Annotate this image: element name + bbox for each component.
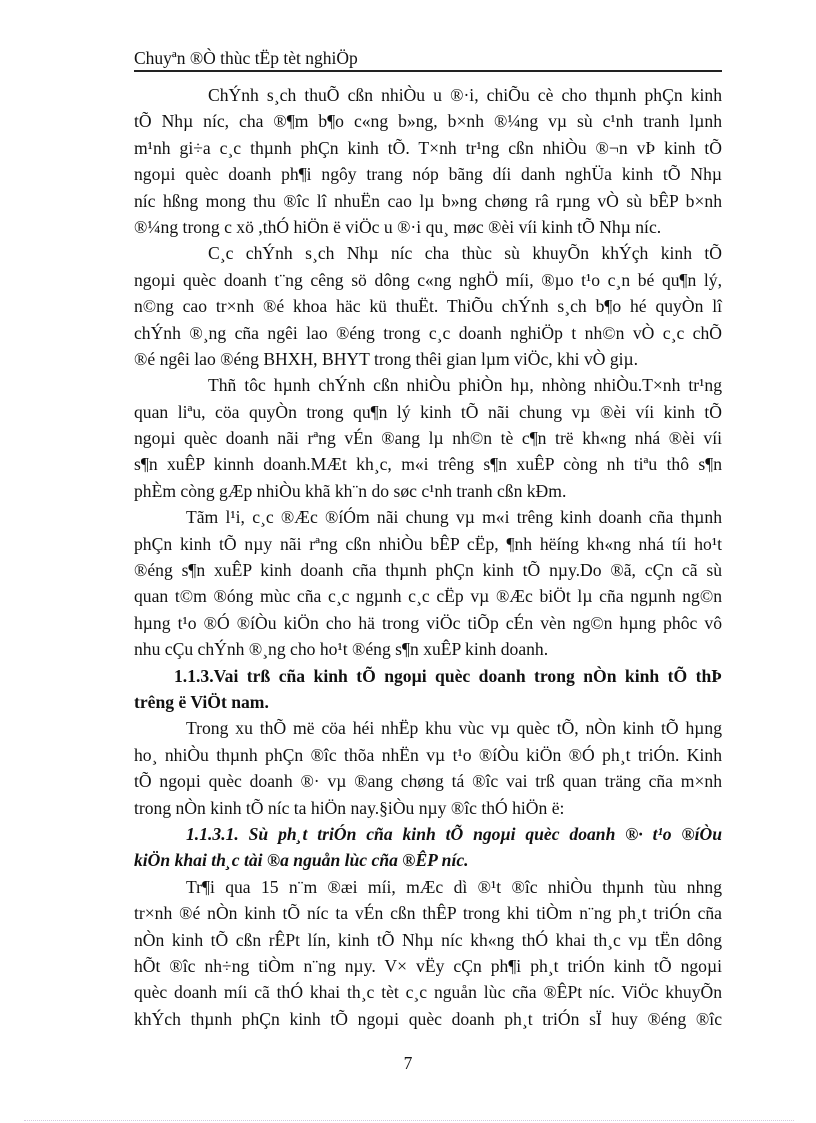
paragraph: ChÝnh s¸ch thuÕ cßn nhiÒu u ®·i, chiÕu c… [134, 82, 722, 240]
page-break-divider [24, 1120, 794, 1121]
text-line: ®é ngêi lao ®éng BHXH, BHYT trong thêi g… [134, 346, 722, 372]
running-header-title: Chuyªn ®Ò thùc tËp tèt nghiÖp [134, 48, 358, 68]
text-line: nÒn kinh tÕ cßn rÊPt lín, kinh tÕ Nhµ ní… [134, 927, 722, 953]
text-line: ngoµi quèc doanh t¨ng cêng sö dông c«ng … [134, 267, 722, 293]
page-number: 7 [0, 1053, 816, 1074]
text-line: chÝnh ®¸ng cña ngêi lao ®éng trong c¸c d… [134, 320, 722, 346]
text-line: khÝch thµnh phÇn kinh tÕ ngoµi quèc doan… [134, 1006, 722, 1032]
text-line: phÈm còng gÆp nhiÒu khã kh¨n do søc c¹nh… [134, 478, 722, 504]
text-line: trong nÒn kinh tÕ níc ta hiÖn nay.§iÒu n… [134, 795, 722, 821]
text-line: s¶n xuÊP kinnh doanh.MÆt kh¸c, m«i trêng… [134, 451, 722, 477]
paragraph: Trong xu thÕ më cöa héi nhËp khu vùc vµ … [134, 715, 722, 821]
text-line: Tr¶i qua 15 n¨m ®æi míi, mÆc dì ®¹t ®îc … [134, 874, 722, 900]
body-text: ChÝnh s¸ch thuÕ cßn nhiÒu u ®·i, chiÕu c… [134, 82, 722, 1032]
heading-line: kiÖn khai th¸c tài ®a nguån lùc cña ®ÊP … [134, 847, 722, 873]
text-line: ChÝnh s¸ch thuÕ cßn nhiÒu u ®·i, chiÕu c… [134, 82, 722, 108]
text-line: ho¸ nhiÒu thµnh phÇn ®îc thõa nhËn vµ t¹… [134, 742, 722, 768]
heading-line: trêng ë ViÖt nam. [134, 689, 722, 715]
document-page: Chuyªn ®Ò thùc tËp tèt nghiÖp ChÝnh s¸ch… [0, 0, 816, 1123]
text-line: quèc doanh míi cã thÓ khai th¸c tèt c¸c … [134, 979, 722, 1005]
text-line: ngoµi quèc doanh nãi rªng vÉn ®ang lµ nh… [134, 425, 722, 451]
text-line: quan t©m ®óng mùc cña c¸c ngµnh c¸c cËp … [134, 583, 722, 609]
text-line: Trong xu thÕ më cöa héi nhËp khu vùc vµ … [134, 715, 722, 741]
text-line: ®¼ng trong c xö ,thÓ hiÖn ë viÖc u ®·i q… [134, 214, 722, 240]
text-line: níc hßng mong thu ®îc lî nhuËn cao lµ b»… [134, 188, 722, 214]
text-line: tÕ Nhµ níc, cha ®¶m b¶o c«ng b»ng, b×nh … [134, 108, 722, 134]
paragraph: Tãm l¹i, c¸c ®Æc ®íÓm nãi chung vµ m«i t… [134, 504, 722, 662]
text-line: tr×nh ®é nÒn kinh tÕ níc ta vÉn cßn thÊP… [134, 900, 722, 926]
text-line: C¸c chÝnh s¸ch Nhµ níc cha thùc sù khuyÕ… [134, 240, 722, 266]
heading-line: 1.1.3.1. Sù ph¸t triÓn cña kinh tÕ ngoµi… [134, 821, 722, 847]
text-line: ngoµi quèc doanh ph¶i ngôy trang nóp bãn… [134, 161, 722, 187]
text-line: n©ng cao tr×nh ®é khoa häc kü thuËt. Thi… [134, 293, 722, 319]
text-line: quan liªu, cöa quyÒn trong qu¶n lý kinh … [134, 399, 722, 425]
text-line: phÇn kinh tÕ nµy nãi rªng cßn nhiÒu bÊP … [134, 531, 722, 557]
paragraph: C¸c chÝnh s¸ch Nhµ níc cha thùc sù khuyÕ… [134, 240, 722, 372]
text-line: hÕt ®îc nh÷ng tiÒm n¨ng nµy. V× vËy cÇn … [134, 953, 722, 979]
paragraph: Thñ tôc hµnh chÝnh cßn nhiÒu phiÒn hµ, n… [134, 372, 722, 504]
text-line: ®éng s¶n xuÊP kinh doanh cña thµnh phÇn … [134, 557, 722, 583]
text-line: Thñ tôc hµnh chÝnh cßn nhiÒu phiÒn hµ, n… [134, 372, 722, 398]
heading-line: 1.1.3.Vai trß cña kinh tÕ ngoµi quèc doa… [134, 663, 722, 689]
text-line: m¹nh gi÷a c¸c thµnh phÇn kinh tÕ. T×nh t… [134, 135, 722, 161]
text-line: hµng t¹o ®Ó ®íÒu kiÖn cho hä trong viÖc … [134, 610, 722, 636]
text-line: Tãm l¹i, c¸c ®Æc ®íÓm nãi chung vµ m«i t… [134, 504, 722, 530]
text-line: nhu cÇu chÝnh ®¸ng cho ho¹t ®éng s¶n xuÊ… [134, 636, 722, 662]
subsection-heading: 1.1.3.1. Sù ph¸t triÓn cña kinh tÕ ngoµi… [134, 821, 722, 874]
section-heading: 1.1.3.Vai trß cña kinh tÕ ngoµi quèc doa… [134, 663, 722, 716]
text-line: tÕ ngoµi quèc doanh ®· vµ ®ang chøng tá … [134, 768, 722, 794]
paragraph: Tr¶i qua 15 n¨m ®æi míi, mÆc dì ®¹t ®îc … [134, 874, 722, 1032]
running-header: Chuyªn ®Ò thùc tËp tèt nghiÖp [134, 47, 722, 72]
